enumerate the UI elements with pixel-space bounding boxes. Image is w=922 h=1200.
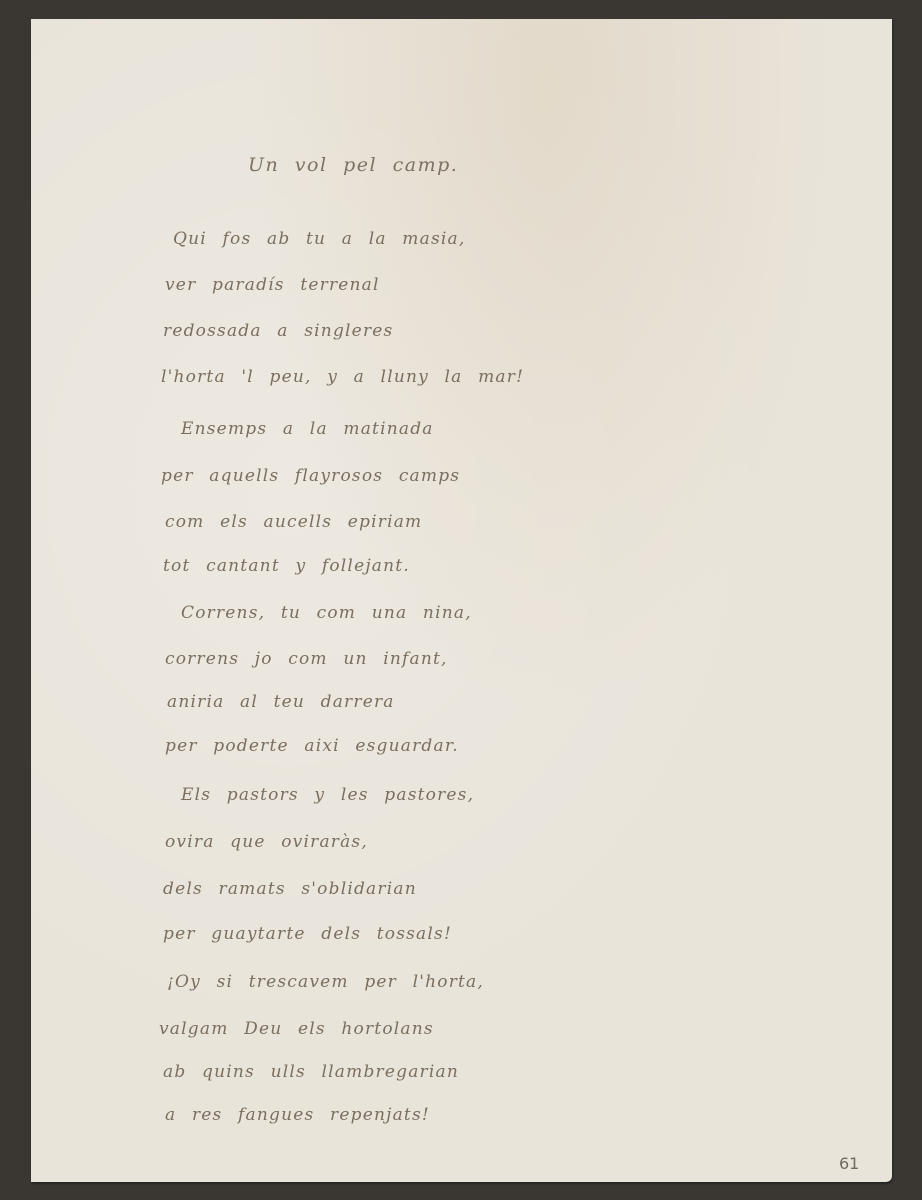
poem-line: redossada a singleres	[163, 321, 393, 341]
poem-line: ovira que oviraràs,	[165, 832, 368, 852]
poem-line: ab quins ulls llambregarian	[163, 1062, 459, 1082]
poem-title: Un vol pel camp.	[248, 154, 458, 176]
poem-line: per guaytarte dels tossals!	[163, 924, 452, 944]
poem-line: com els aucells epiriam	[165, 512, 422, 532]
poem-line: per poderte aixi esguardar.	[165, 736, 459, 756]
poem-line: Ensemps a la matinada	[181, 419, 434, 439]
poem-line: aniria al teu darrera	[167, 692, 395, 712]
poem-line: dels ramats s'oblidarian	[163, 879, 417, 899]
page-number: 61	[839, 1154, 859, 1173]
poem-line: Qui fos ab tu a la masia,	[173, 229, 465, 249]
poem-line: ver paradís terrenal	[165, 275, 380, 295]
poem-line: ¡Oy si trescavem per l'horta,	[167, 972, 484, 992]
manuscript-paper: Un vol pel camp. Qui fos ab tu a la masi…	[31, 19, 892, 1182]
poem-line: a res fangues repenjats!	[165, 1105, 430, 1125]
poem-line: l'horta 'l peu, y a lluny la mar!	[161, 367, 524, 387]
scanned-page: Un vol pel camp. Qui fos ab tu a la masi…	[0, 0, 922, 1200]
poem-line: Els pastors y les pastores,	[181, 785, 474, 805]
poem-line: Correns, tu com una nina,	[181, 603, 472, 623]
poem-line: tot cantant y follejant.	[163, 556, 410, 576]
poem-line: valgam Deu els hortolans	[159, 1019, 434, 1039]
poem-line: per aquells flayrosos camps	[161, 466, 460, 486]
poem-line: correns jo com un infant,	[165, 649, 448, 669]
